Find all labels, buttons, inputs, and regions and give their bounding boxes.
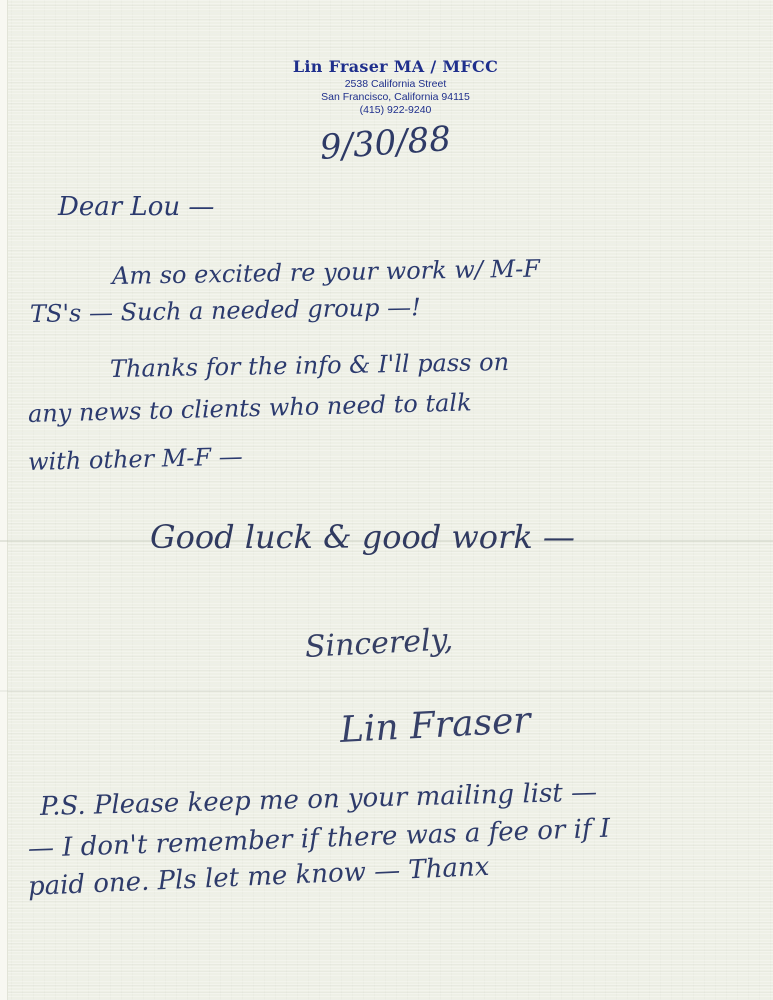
signature: Lin Fraser (339, 700, 532, 751)
body-line: with other M-F — (28, 442, 243, 476)
postscript-line: — I don't remember if there was a fee or… (27, 814, 610, 864)
body-line: Thanks for the info & I'll pass on (110, 348, 510, 383)
body-line: any news to clients who need to talk (28, 388, 472, 428)
letterhead-name: Lin Fraser MA / MFCC (18, 56, 773, 78)
letterhead-street: 2538 California Street (18, 78, 773, 91)
paper-fold-line (0, 690, 773, 692)
body-line: Am so excited re your work w/ M-F (112, 255, 540, 290)
closing-wish: Good luck & good work — (150, 518, 575, 556)
closing: Sincerely, (304, 622, 454, 665)
salutation: Dear Lou — (58, 192, 214, 222)
body-line: TS's — Such a needed group —! (30, 293, 421, 328)
letter-date: 9/30/88 (319, 119, 453, 168)
paper-left-edge (0, 0, 8, 1000)
postscript-line: P.S. Please keep me on your mailing list… (40, 777, 598, 822)
letterhead: Lin Fraser MA / MFCC 2538 California Str… (0, 56, 773, 117)
letterhead-city: San Francisco, California 94115 (18, 91, 773, 104)
letterhead-phone: (415) 922-9240 (18, 104, 773, 117)
letter-page: Lin Fraser MA / MFCC 2538 California Str… (0, 0, 773, 1000)
